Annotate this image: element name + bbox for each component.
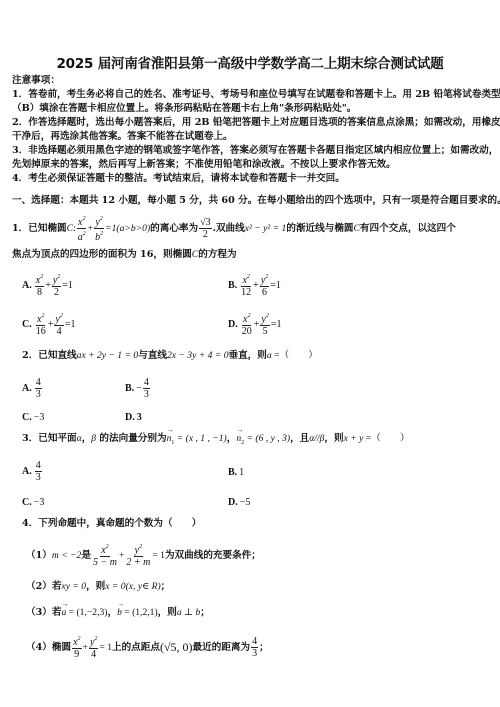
- notice-line-2: （B）填涂在答题卡相应位置上。将条形码粘贴在答题卡右上角"条形码粘贴处"。: [12, 102, 356, 115]
- notice-heading: 注意事项：: [12, 74, 60, 87]
- page-title: 2025 届河南省淮阳县第一高级中学数学高二上期末综合测试试题: [0, 52, 500, 72]
- q1-option-c[interactable]: C. x216+ y24=1: [22, 311, 75, 337]
- notice-line-3: 2．作答选择题时，选出每小题答案后，用 2B 铅笔把答题卡上对应题目选项的答案信…: [12, 116, 500, 129]
- q3-option-a[interactable]: A. 43: [22, 460, 43, 483]
- fraction: y2b2: [94, 214, 104, 243]
- notice-line-1: 1．答卷前，考生务必将自己的姓名、准考证号、考场号和座位号填写在试题卷和答题卡上…: [12, 88, 500, 101]
- q1-option-b[interactable]: B. x212+ y26=1: [228, 272, 281, 298]
- q4-proposition-1: （1）m < −2是 x25 − m+ y22 + m = 1为双曲线的充要条件…: [26, 542, 261, 568]
- question-2-stem: 2．已知直线ax + 2y − 1 = 0与直线2x − 3y + 4 = 0垂…: [22, 349, 318, 362]
- fraction: √32: [199, 217, 212, 240]
- notice-line-5: 3．非选择题必须用黑色字迹的钢笔或签字笔作答，答案必须写在答题卡各题目指定区域内…: [12, 144, 498, 157]
- question-number: 1．: [12, 222, 28, 235]
- q2-option-a[interactable]: A. 43: [22, 377, 43, 400]
- q4-proposition-2: （2）若xy = 0，则x = 0(x, y∈ R)；: [26, 580, 170, 593]
- notice-line-7: 4．考生必须保证答题卡的整洁。考试结束后，请将本试卷和答题卡一并交回。: [12, 172, 345, 185]
- question-1-line-2: 焦点为顶点的四边形的面积为 16，则椭圆C的方程为: [12, 248, 237, 261]
- q2-option-d[interactable]: D.3: [125, 412, 144, 423]
- notice-line-4: 干净后，再选涂其他答案。答案不能答在试题卷上。: [12, 130, 233, 143]
- q3-option-d[interactable]: D.−5: [228, 497, 250, 508]
- q2-option-b[interactable]: B.− 43: [125, 377, 151, 400]
- question-3-stem: 3．已知平面α，β 的法向量分别为n1 = (x , 1 , −1)，n2 = …: [22, 432, 410, 450]
- q4-proposition-3: （3）若a = (1,−2,3)，b = (1,2,1)，则a ⊥ b；: [26, 606, 210, 619]
- notice-line-6: 先划掉原来的答案，然后再写上新答案；不准使用铅笔和涂改液。不按以上要求作答无效。: [12, 158, 396, 171]
- q3-option-c[interactable]: C.−3: [22, 497, 44, 508]
- fraction: x2a2: [77, 214, 87, 243]
- question-4-stem: 4．下列命题中，真命题的个数为（ ）: [22, 517, 201, 530]
- q1-option-a[interactable]: A. x28+ y22=1: [22, 272, 73, 298]
- section-heading: 一、选择题：本题共 12 小题，每小题 5 分，共 60 分。在每小题给出的四个…: [12, 194, 500, 207]
- q1-option-d[interactable]: D. x220+ y25=1: [228, 311, 281, 337]
- question-1-stem: 1． 已知椭圆 C : x2a2 + y2b2 =1(a>b>0) 的离心率为 …: [12, 214, 456, 243]
- q4-proposition-4: （4）椭圆 x29+ y24 = 1上的点距点(√5, 0)最近的距离为 43；: [26, 634, 269, 660]
- q2-option-c[interactable]: C.−3: [22, 412, 44, 423]
- q3-option-b[interactable]: B.1: [228, 467, 244, 478]
